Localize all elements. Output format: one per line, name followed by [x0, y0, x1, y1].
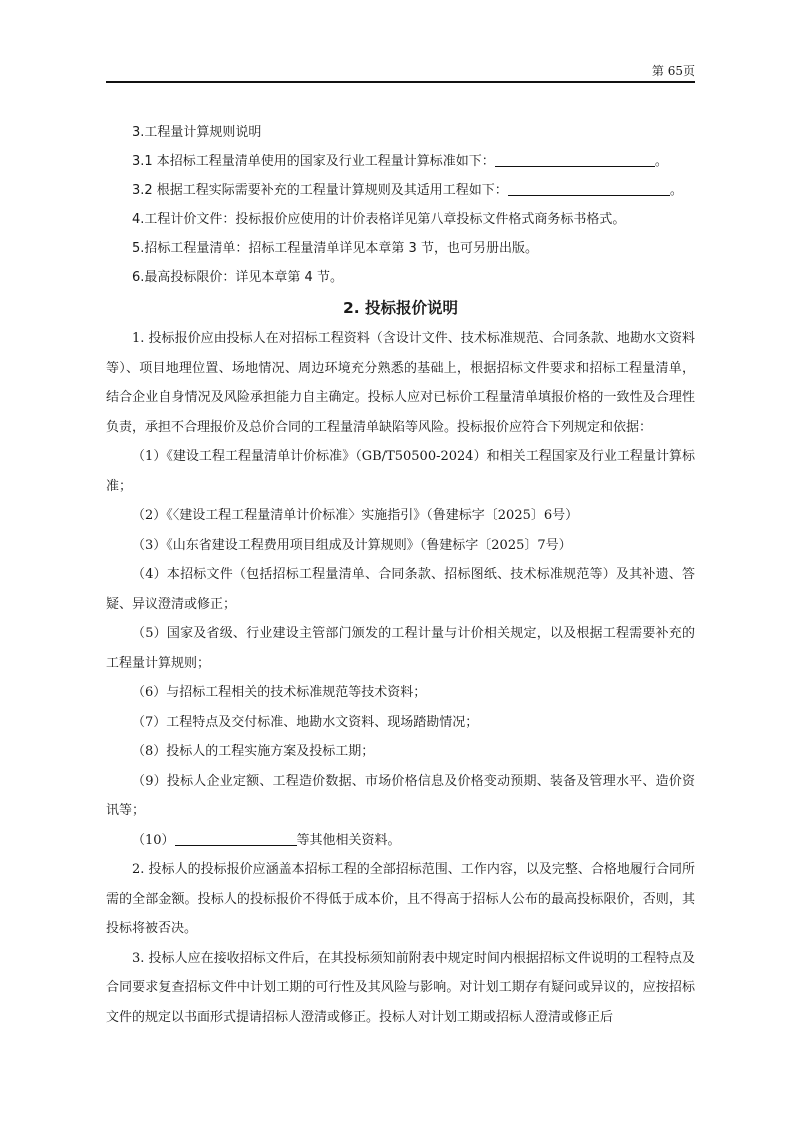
- item-3-1-label: 3.1 本招标工程量清单使用的国家及行业工程量计算标准如下：: [132, 154, 495, 169]
- blank-field-10: [175, 831, 297, 846]
- basis-item-3: （3）《山东省建设工程费用项目组成及计算规则》（鲁建标字〔2025〕7号）: [106, 531, 695, 561]
- header-rule: [106, 81, 695, 83]
- basis-item-8: （8）投标人的工程实施方案及投标工期；: [106, 737, 695, 767]
- item-3-1-end: 。: [655, 154, 668, 169]
- item-3-1: 3.1 本招标工程量清单使用的国家及行业工程量计算标准如下：。: [106, 147, 695, 176]
- basis-item-7: （7）工程特点及交付标准、地勘水文资料、现场踏勘情况；: [106, 708, 695, 738]
- item-4: 4.工程计价文件：投标报价应使用的计价表格详见第八章投标文件格式商务标书格式。: [106, 205, 695, 234]
- basis-item-9: （9）投标人企业定额、工程造价数据、市场价格信息及价格变动预期、装备及管理水平、…: [106, 767, 695, 826]
- page-number: 第 65页: [652, 62, 695, 80]
- item-3-2-end: 。: [670, 183, 683, 198]
- item-6: 6.最高投标限价：详见本章第 4 节。: [106, 263, 695, 292]
- paragraph-2: 2. 投标人的投标报价应涵盖本招标工程的全部招标范围、工作内容，以及完整、合格地…: [106, 855, 695, 944]
- basis-item-10: （10）等其他相关资料。: [106, 826, 695, 856]
- section-title-bid-price: 2. 投标报价说明: [106, 292, 695, 324]
- basis-item-4: （4）本招标文件（包括招标工程量清单、合同条款、招标图纸、技术标准规范等）及其补…: [106, 560, 695, 619]
- basis-item-1: （1）《建设工程工程量清单计价标准》（GB/T50500-2024）和相关工程国…: [106, 442, 695, 501]
- blank-field-3-2: [508, 181, 670, 196]
- basis-item-10-suffix: 等其他相关资料。: [297, 833, 401, 848]
- basis-item-5: （5）国家及省级、行业建设主管部门颁发的工程计量与计价相关规定，以及根据工程需要…: [106, 619, 695, 678]
- basis-item-10-prefix: （10）: [132, 833, 175, 848]
- page-header: 第 65页: [106, 62, 695, 82]
- item-5: 5.招标工程量清单：招标工程量清单详见本章第 3 节，也可另册出版。: [106, 234, 695, 263]
- basis-item-2: （2）《〈建设工程工程量清单计价标准〉实施指引》（鲁建标字〔2025〕6号）: [106, 501, 695, 531]
- item-3-2: 3.2 根据工程实际需要补充的工程量计算规则及其适用工程如下：。: [106, 176, 695, 205]
- section-heading-quantity-rules: 3.工程量计算规则说明: [106, 118, 695, 147]
- paragraph-1: 1. 投标报价应由投标人在对招标工程资料（含设计文件、技术标准规范、合同条款、地…: [106, 324, 695, 442]
- paragraph-3: 3. 投标人应在接收招标文件后，在其投标须知前附表中规定时间内根据招标文件说明的…: [106, 944, 695, 1033]
- document-body: 3.工程量计算规则说明 3.1 本招标工程量清单使用的国家及行业工程量计算标准如…: [106, 118, 695, 1032]
- blank-field-3-1: [495, 152, 655, 167]
- basis-item-6: （6）与招标工程相关的技术标准规范等技术资料；: [106, 678, 695, 708]
- item-3-2-label: 3.2 根据工程实际需要补充的工程量计算规则及其适用工程如下：: [132, 183, 508, 198]
